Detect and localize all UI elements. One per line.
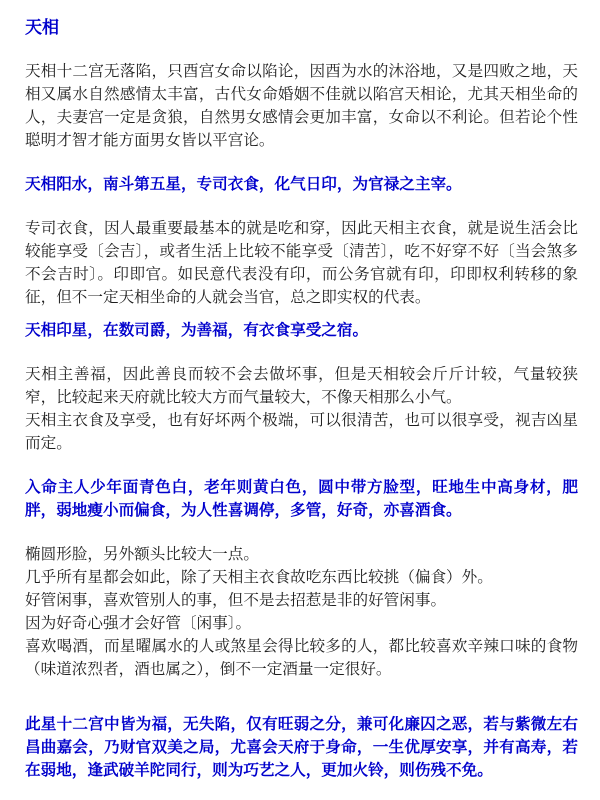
personality-line: 几乎所有星都会如此，除了天相主衣食故吃东西比较挑（偏食）外。 [25,566,578,589]
personality-line: 因为好奇心强才会好管〔闲事〕。 [25,612,578,635]
blessing-line: 天相主善福，因此善良而较不会去做坏事，但是天相较会斤斤计较，气量较狭窄，比较起来… [25,363,578,409]
heading-star-nature: 天相阳水，南斗第五星，专司衣食，化气日印，为官禄之主宰。 [25,173,578,196]
paragraph-clothing-food: 专司衣食，因人最重要最基本的就是吃和穿，因此天相主衣食，就是说生活会比较能享受〔… [25,217,578,309]
blessing-line: 天相主衣食及享受，也有好坏两个极端，可以很清苦，也可以很享受，视吉凶星而定。 [25,409,578,455]
paragraph-overview: 天相十二宫无落陷，只酉宫女命以陷论，因酉为水的沐浴地，又是四败之地，天相又属水自… [25,60,578,152]
document-page: 天相 天相十二宫无落陷，只酉宫女命以陷论，因酉为水的沐浴地，又是四败之地，天相又… [0,0,600,800]
closing-paragraph: 此星十二宫中皆为福，无失陷，仅有旺弱之分，兼可化廉囚之恶，若与紫微左右昌曲嘉会，… [25,713,578,782]
personality-line: 椭圆形脸，另外额头比较大一点。 [25,543,578,566]
paragraph-blessing: 天相主善福，因此善良而较不会去做坏事，但是天相较会斤斤计较，气量较狭窄，比较起来… [25,363,578,455]
personality-line: 喜欢喝酒，而星曜属水的人或煞星会得比较多的人，都比较喜欢辛辣口味的食物（味道浓烈… [25,635,578,681]
heading-seal-star: 天相印星，在数司爵，为善福，有衣食享受之宿。 [25,319,578,342]
heading-appearance: 入命主人少年面青色白，老年则黄白色，圆中带方脸型，旺地生中高身材，肥胖，弱地瘦小… [25,476,578,522]
page-title: 天相 [25,16,578,39]
paragraph-personality: 椭圆形脸，另外额头比较大一点。 几乎所有星都会如此，除了天相主衣食故吃东西比较挑… [25,543,578,681]
personality-line: 好管闲事，喜欢管别人的事，但不是去招惹是非的好管闲事。 [25,589,578,612]
